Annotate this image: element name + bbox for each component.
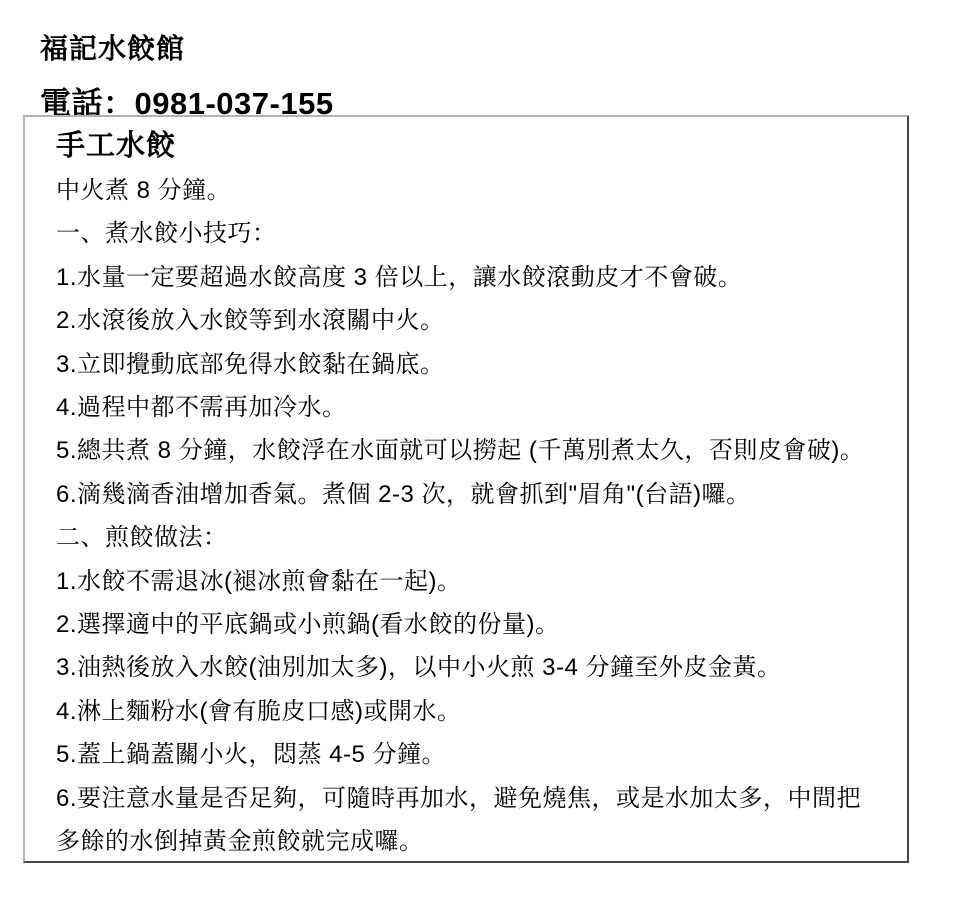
instruction-line: 2.選擇適中的平底鍋或小煎鍋(看水餃的份量)。 [56, 603, 879, 646]
instruction-line: 4.淋上麵粉水(會有脆皮口感)或開水。 [56, 690, 879, 733]
instruction-line: 5.蓋上鍋蓋關小火，悶蒸 4-5 分鐘。 [56, 733, 879, 776]
recipe-card: 手工水餃 中火煮 8 分鐘。 一、煮水餃小技巧： 1.水量一定要超過水餃高度 3… [23, 115, 909, 863]
page-title: 福記水餃館 [40, 27, 185, 67]
intro-line: 中火煮 8 分鐘。 [56, 169, 879, 212]
instruction-line: 2.水滾後放入水餃等到水滾關中火。 [56, 299, 879, 342]
section-2-title: 二、煎餃做法： [56, 516, 879, 559]
instruction-line: 1.水餃不需退冰(褪冰煎會黏在一起)。 [56, 560, 879, 603]
instruction-line: 6.滴幾滴香油增加香氣。煮個 2-3 次，就會抓到"眉角"(台語)囉。 [56, 473, 879, 516]
instruction-line: 3.油熱後放入水餃(油別加太多)，以中小火煎 3-4 分鐘至外皮金黃。 [56, 646, 879, 689]
card-heading: 手工水餃 [56, 123, 879, 169]
instruction-line: 6.要注意水量是否足夠，可隨時再加水，避免燒焦，或是水加太多，中間把多餘的水倒掉… [56, 777, 879, 863]
instruction-line: 1.水量一定要超過水餃高度 3 倍以上，讓水餃滾動皮才不會破。 [56, 256, 879, 299]
instruction-line: 3.立即攪動底部免得水餃黏在鍋底。 [56, 343, 879, 386]
instruction-line: 5.總共煮 8 分鐘，水餃浮在水面就可以撈起 (千萬別煮太久，否則皮會破)。 [56, 429, 879, 472]
instruction-line: 4.過程中都不需再加冷水。 [56, 386, 879, 429]
section-1-title: 一、煮水餃小技巧： [56, 212, 879, 255]
